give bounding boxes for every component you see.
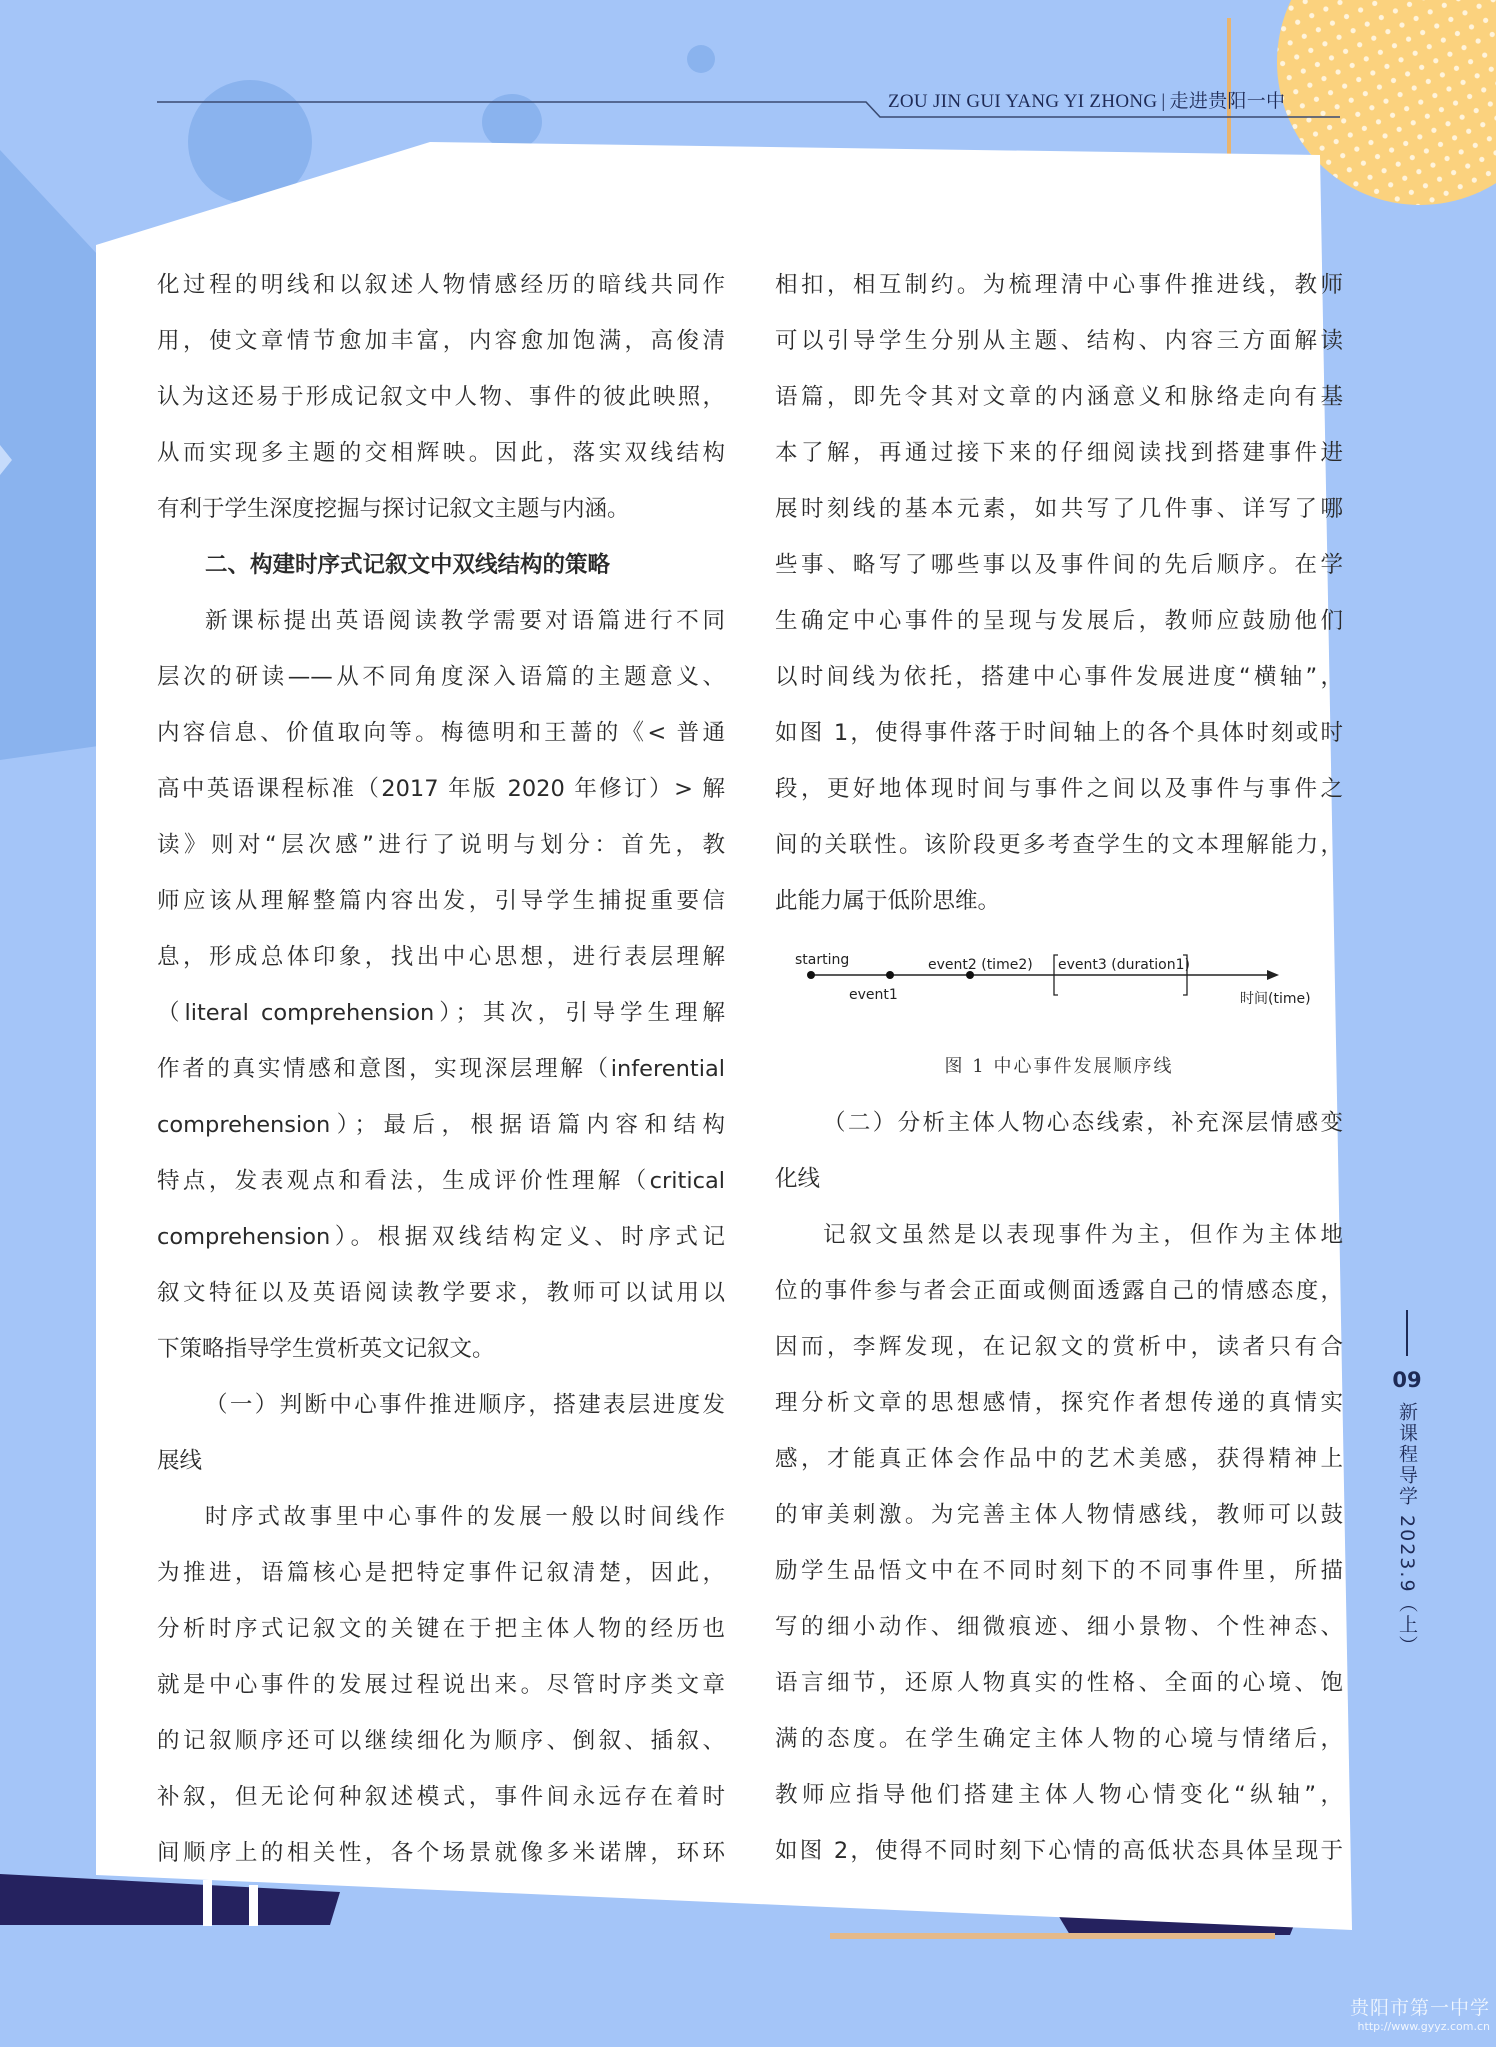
text-line: 的审美刺激。为完善主体人物情感线，教师可以鼓 bbox=[775, 1487, 1343, 1543]
text-line: comprehension）。根据双线结构定义、时序式记 bbox=[157, 1209, 725, 1265]
text-line: 息，形成总体印象，找出中心思想，进行表层理解 bbox=[157, 929, 725, 985]
text-line: 理分析文章的思想感情，探究作者想传递的真情实 bbox=[775, 1375, 1343, 1431]
text-line: 就是中心事件的发展过程说出来。尽管时序类文章 bbox=[157, 1657, 725, 1713]
header-pinyin: ZOU JIN GUI YANG YI ZHONG bbox=[888, 91, 1157, 112]
text-line: 展时刻线的基本元素，如共写了几件事、详写了哪 bbox=[775, 481, 1343, 537]
subsection-heading: （二）分析主体人物心态线索，补充深层情感变 bbox=[775, 1095, 1343, 1151]
watermark-name: 贵阳市第一中学 bbox=[1350, 1993, 1490, 2020]
text-line: 内容信息、价值取向等。梅德明和王蔷的《< 普通 bbox=[157, 705, 725, 761]
text-line: 新课标提出英语阅读教学需要对语篇进行不同 bbox=[157, 593, 725, 649]
text-line: 教师应指导他们搭建主体人物心情变化“纵轴”， bbox=[775, 1767, 1343, 1823]
text-line: 些事、略写了哪些事以及事件间的先后顺序。在学 bbox=[775, 537, 1343, 593]
label-event3: event3 (duration1) bbox=[1058, 957, 1190, 973]
text-line: 可以引导学生分别从主题、结构、内容三方面解读 bbox=[775, 313, 1343, 369]
label-time-axis: 时间(time) bbox=[1240, 991, 1311, 1007]
text-line: 此能力属于低阶思维。 bbox=[775, 873, 1343, 929]
label-event1: event1 bbox=[849, 987, 898, 1003]
section-heading: 二、构建时序式记叙文中双线结构的策略 bbox=[157, 537, 725, 593]
text-line: comprehension）；最后，根据语篇内容和结构 bbox=[157, 1097, 725, 1153]
text-line: 记叙文虽然是以表现事件为主，但作为主体地 bbox=[775, 1207, 1343, 1263]
journal-issue: 新课程导学 2023.9（上） bbox=[1392, 1402, 1422, 1657]
text-line: 层次的研读——从不同角度深入语篇的主题意义、 bbox=[157, 649, 725, 705]
text-line: 位的事件参与者会正面或侧面透露自己的情感态度， bbox=[775, 1263, 1343, 1319]
text-line: 用，使文章情节愈加丰富，内容愈加饱满，高俊清 bbox=[157, 313, 725, 369]
subsection-heading: （一）判断中心事件推进顺序，搭建表层进度发 bbox=[157, 1377, 725, 1433]
text-line: 语篇，即先令其对文章的内涵意义和脉络走向有基 bbox=[775, 369, 1343, 425]
header-separator: | bbox=[1161, 91, 1165, 112]
right-column: 相扣，相互制约。为梳理清中心事件推进线，教师 可以引导学生分别从主题、结构、内容… bbox=[775, 257, 1343, 1879]
text-line: 感，才能真正体会作品中的艺术美感，获得精神上 bbox=[775, 1431, 1343, 1487]
text-line: 分析时序式记叙文的关键在于把主体人物的经历也 bbox=[157, 1601, 725, 1657]
issue-date: 2023.9（上） bbox=[1396, 1515, 1418, 1656]
text-line: 为推进，语篇核心是把特定事件记叙清楚，因此， bbox=[157, 1545, 725, 1601]
label-starting: starting bbox=[795, 952, 849, 968]
side-rule-divider bbox=[1406, 1310, 1408, 1356]
text-line: 语言细节，还原人物真实的性格、全面的心境、饱 bbox=[775, 1655, 1343, 1711]
text-line: 如图 2，使得不同时刻下心情的高低状态具体呈现于 bbox=[775, 1823, 1343, 1879]
text-line: 本了解，再通过接下来的仔细阅读找到搭建事件进 bbox=[775, 425, 1343, 481]
watermark: 贵阳市第一中学 http://www.gyyz.com.cn bbox=[1350, 1993, 1490, 2033]
subsection-heading-cont: 展线 bbox=[157, 1433, 725, 1489]
text-line: （literal comprehension）；其次，引导学生理解 bbox=[157, 985, 725, 1041]
text-line: 读》则对“层次感”进行了说明与划分：首先，教 bbox=[157, 817, 725, 873]
text-line: 特点，发表观点和看法，生成评价性理解（critical bbox=[157, 1153, 725, 1209]
watermark-url: http://www.gyyz.com.cn bbox=[1350, 2020, 1490, 2033]
text-line: 从而实现多主题的交相辉映。因此，落实双线结构 bbox=[157, 425, 725, 481]
text-line: 师应该从理解整篇内容出发，引导学生捕捉重要信 bbox=[157, 873, 725, 929]
text-line: 叙文特征以及英语阅读教学要求，教师可以试用以 bbox=[157, 1265, 725, 1321]
figure-1-timeline: starting event1 event2 (time2) event3 (d… bbox=[775, 937, 1343, 1047]
text-line: 如图 1，使得事件落于时间轴上的各个具体时刻或时 bbox=[775, 705, 1343, 761]
header-title: 走进贵阳一中 bbox=[1170, 91, 1286, 112]
text-line: 因而，李辉发现，在记叙文的赏析中，读者只有合 bbox=[775, 1319, 1343, 1375]
text-line: 间的关联性。该阶段更多考查学生的文本理解能力， bbox=[775, 817, 1343, 873]
text-line: 以时间线为依托，搭建中心事件发展进度“横轴”， bbox=[775, 649, 1343, 705]
text-line: 的记叙顺序还可以继续细化为顺序、倒叙、插叙、 bbox=[157, 1713, 725, 1769]
page-number: 09 bbox=[1392, 1368, 1422, 1392]
text-line: 生确定中心事件的呈现与发展后，教师应鼓励他们 bbox=[775, 593, 1343, 649]
text-line: 励学生品悟文中在不同时刻下的不同事件里，所描 bbox=[775, 1543, 1343, 1599]
subsection-heading-cont: 化线 bbox=[775, 1151, 1343, 1207]
text-line: 有利于学生深度挖掘与探讨记叙文主题与内涵。 bbox=[157, 481, 725, 537]
journal-name: 新课程导学 bbox=[1396, 1402, 1418, 1507]
text-line: 作者的真实情感和意图，实现深层理解（inferential bbox=[157, 1041, 725, 1097]
text-line: 满的态度。在学生确定主体人物的心境与情绪后， bbox=[775, 1711, 1343, 1767]
text-line: 间顺序上的相关性，各个场景就像多米诺牌，环环 bbox=[157, 1825, 725, 1881]
text-line: 相扣，相互制约。为梳理清中心事件推进线，教师 bbox=[775, 257, 1343, 313]
text-line: 段，更好地体现时间与事件之间以及事件与事件之 bbox=[775, 761, 1343, 817]
label-event2: event2 (time2) bbox=[928, 957, 1033, 973]
side-folio: 09 新课程导学 2023.9（上） bbox=[1392, 1310, 1422, 1657]
text-line: 认为这还易于形成记叙文中人物、事件的彼此映照， bbox=[157, 369, 725, 425]
figure-caption: 图 1 中心事件发展顺序线 bbox=[775, 1047, 1343, 1095]
timeline-diagram: starting event1 event2 (time2) event3 (d… bbox=[775, 937, 1343, 1047]
text-line: 补叙，但无论何种叙述模式，事件间永远存在着时 bbox=[157, 1769, 725, 1825]
text-line: 下策略指导学生赏析英文记叙文。 bbox=[157, 1321, 725, 1377]
text-line: 高中英语课程标准（2017 年版 2020 年修订）> 解 bbox=[157, 761, 725, 817]
text-line: 化过程的明线和以叙述人物情感经历的暗线共同作 bbox=[157, 257, 725, 313]
left-column: 化过程的明线和以叙述人物情感经历的暗线共同作 用，使文章情节愈加丰富，内容愈加饱… bbox=[157, 257, 725, 1881]
text-line: 时序式故事里中心事件的发展一般以时间线作 bbox=[157, 1489, 725, 1545]
text-line: 写的细小动作、细微痕迹、细小景物、个性神态、 bbox=[775, 1599, 1343, 1655]
running-header: ZOU JIN GUI YANG YI ZHONG|走进贵阳一中 bbox=[888, 86, 1285, 116]
